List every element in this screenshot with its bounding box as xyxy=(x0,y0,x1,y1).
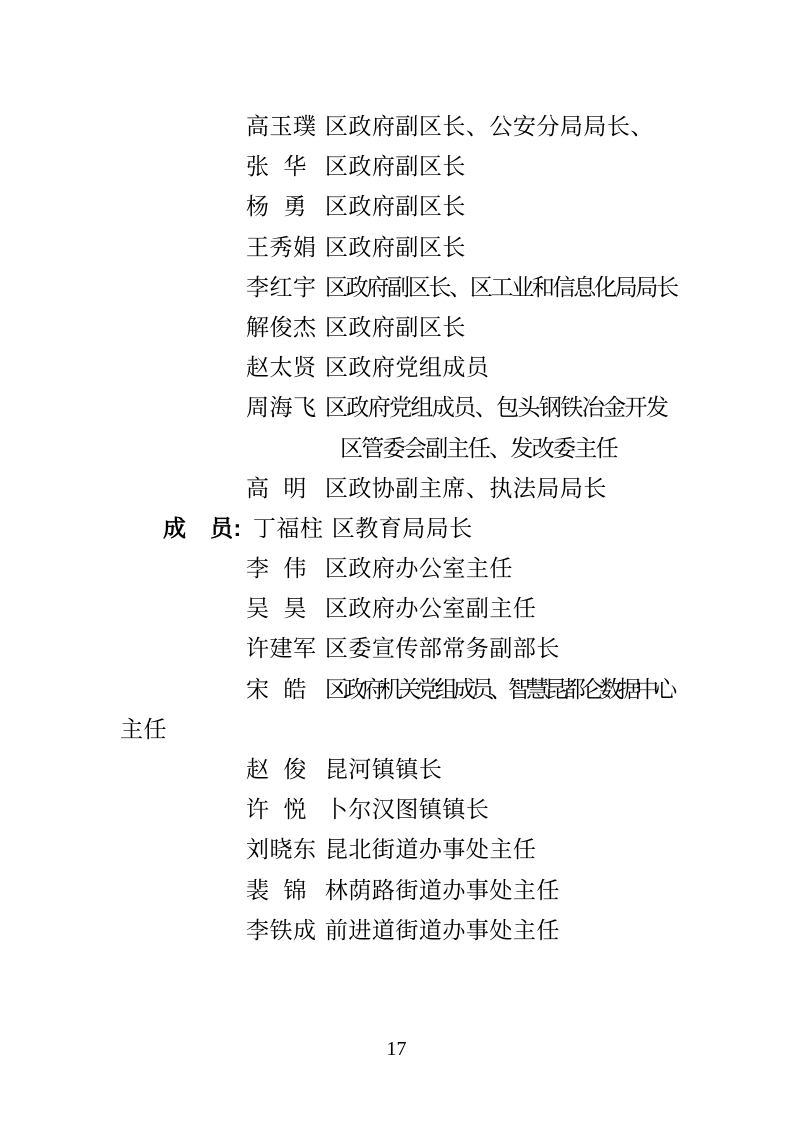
person-title: 区教育局局长 xyxy=(332,515,473,541)
person-name: 赵太贤 xyxy=(246,347,318,387)
roster-line: 杨 勇 区政府副区长 xyxy=(0,186,793,226)
person-name: 丁福柱 xyxy=(253,508,325,548)
person-name: 张 华 xyxy=(246,146,318,186)
roster-line: 成 员: 丁福柱 区教育局局长 xyxy=(0,508,793,548)
roster-line: 高 明 区政协副主席、执法局局长 xyxy=(0,468,793,508)
document-page: 高玉璞 区政府副区长、公安分局局长、 张 华 区政府副区长 杨 勇 区政府副区长… xyxy=(0,0,793,1122)
roster-line: 高玉璞 区政府副区长、公安分局局长、 xyxy=(0,106,793,146)
roster-line: 李 伟 区政府办公室主任 xyxy=(0,548,793,588)
person-name: 刘晓东 xyxy=(246,829,318,869)
person-name: 赵 俊 xyxy=(246,749,318,789)
person-name: 宋 皓 xyxy=(246,669,318,709)
person-name: 李 伟 xyxy=(246,548,318,588)
person-title: 区政协副主席、执法局局长 xyxy=(325,475,607,501)
person-title: 区政府副区长、公安分局局长、 xyxy=(325,113,654,139)
roster-line: 解俊杰 区政府副区长 xyxy=(0,307,793,347)
roster-line: 主任 xyxy=(0,709,793,749)
person-title: 区政府副区长、区工业和信息化局局长 xyxy=(325,274,677,300)
person-name: 裴 锦 xyxy=(246,870,318,910)
person-title: 区政府副区长 xyxy=(325,234,466,260)
roster-line: 赵太贤 区政府党组成员 xyxy=(0,347,793,387)
person-title: 区政府副区长 xyxy=(325,193,466,219)
person-name: 李铁成 xyxy=(246,910,318,950)
person-title: 区政府办公室主任 xyxy=(325,555,513,581)
person-title: 前进道街道办事处主任 xyxy=(325,917,560,943)
person-title: 区政府党组成员 xyxy=(325,354,490,380)
person-title: 区政府副区长 xyxy=(325,153,466,179)
roster-line: 许 悦 卜尔汉图镇镇长 xyxy=(0,789,793,829)
person-name: 王秀娟 xyxy=(246,227,318,267)
person-name: 李红宇 xyxy=(246,267,318,307)
person-name: 周海飞 xyxy=(246,387,318,427)
person-name: 杨 勇 xyxy=(246,186,318,226)
wrapped-title-text: 主任 xyxy=(120,716,167,742)
person-title: 卜尔汉图镇镇长 xyxy=(325,796,490,822)
roster-line: 周海飞 区政府党组成员、包头钢铁冶金开发 xyxy=(0,387,793,427)
roster-line: 区管委会副主任、发改委主任 xyxy=(0,428,793,468)
roster-line: 张 华 区政府副区长 xyxy=(0,146,793,186)
member-role-label: 成 员: xyxy=(163,508,246,548)
person-title: 区委宣传部常务副部长 xyxy=(325,635,560,661)
person-title: 区政府机关党组成员、智慧昆都仑数据中心 xyxy=(325,676,673,702)
person-title: 区政府副区长 xyxy=(325,314,466,340)
person-name: 许 悦 xyxy=(246,789,318,829)
roster-line: 李铁成 前进道街道办事处主任 xyxy=(0,910,793,950)
person-title: 区政府办公室副主任 xyxy=(325,595,537,621)
person-name: 吴 昊 xyxy=(246,588,318,628)
page-number: 17 xyxy=(0,1036,793,1062)
person-name: 高 明 xyxy=(246,468,318,508)
person-title: 昆河镇镇长 xyxy=(325,756,443,782)
roster-line: 赵 俊 昆河镇镇长 xyxy=(0,749,793,789)
roster-line: 许建军 区委宣传部常务副部长 xyxy=(0,628,793,668)
person-title: 昆北街道办事处主任 xyxy=(325,836,537,862)
personnel-roster-list: 高玉璞 区政府副区长、公安分局局长、 张 华 区政府副区长 杨 勇 区政府副区长… xyxy=(0,106,793,950)
wrapped-title-text: 区管委会副主任、发改委主任 xyxy=(340,435,617,461)
person-name: 许建军 xyxy=(246,628,318,668)
person-title: 区政府党组成员、包头钢铁冶金开发 xyxy=(325,394,667,420)
roster-line: 裴 锦 林荫路街道办事处主任 xyxy=(0,870,793,910)
roster-line: 李红宇 区政府副区长、区工业和信息化局局长 xyxy=(0,267,793,307)
roster-line: 宋 皓 区政府机关党组成员、智慧昆都仑数据中心 xyxy=(0,669,793,709)
person-name: 解俊杰 xyxy=(246,307,318,347)
roster-line: 王秀娟 区政府副区长 xyxy=(0,227,793,267)
roster-line: 刘晓东 昆北街道办事处主任 xyxy=(0,829,793,869)
roster-line: 吴 昊 区政府办公室副主任 xyxy=(0,588,793,628)
person-title: 林荫路街道办事处主任 xyxy=(325,877,560,903)
person-name: 高玉璞 xyxy=(246,106,318,146)
